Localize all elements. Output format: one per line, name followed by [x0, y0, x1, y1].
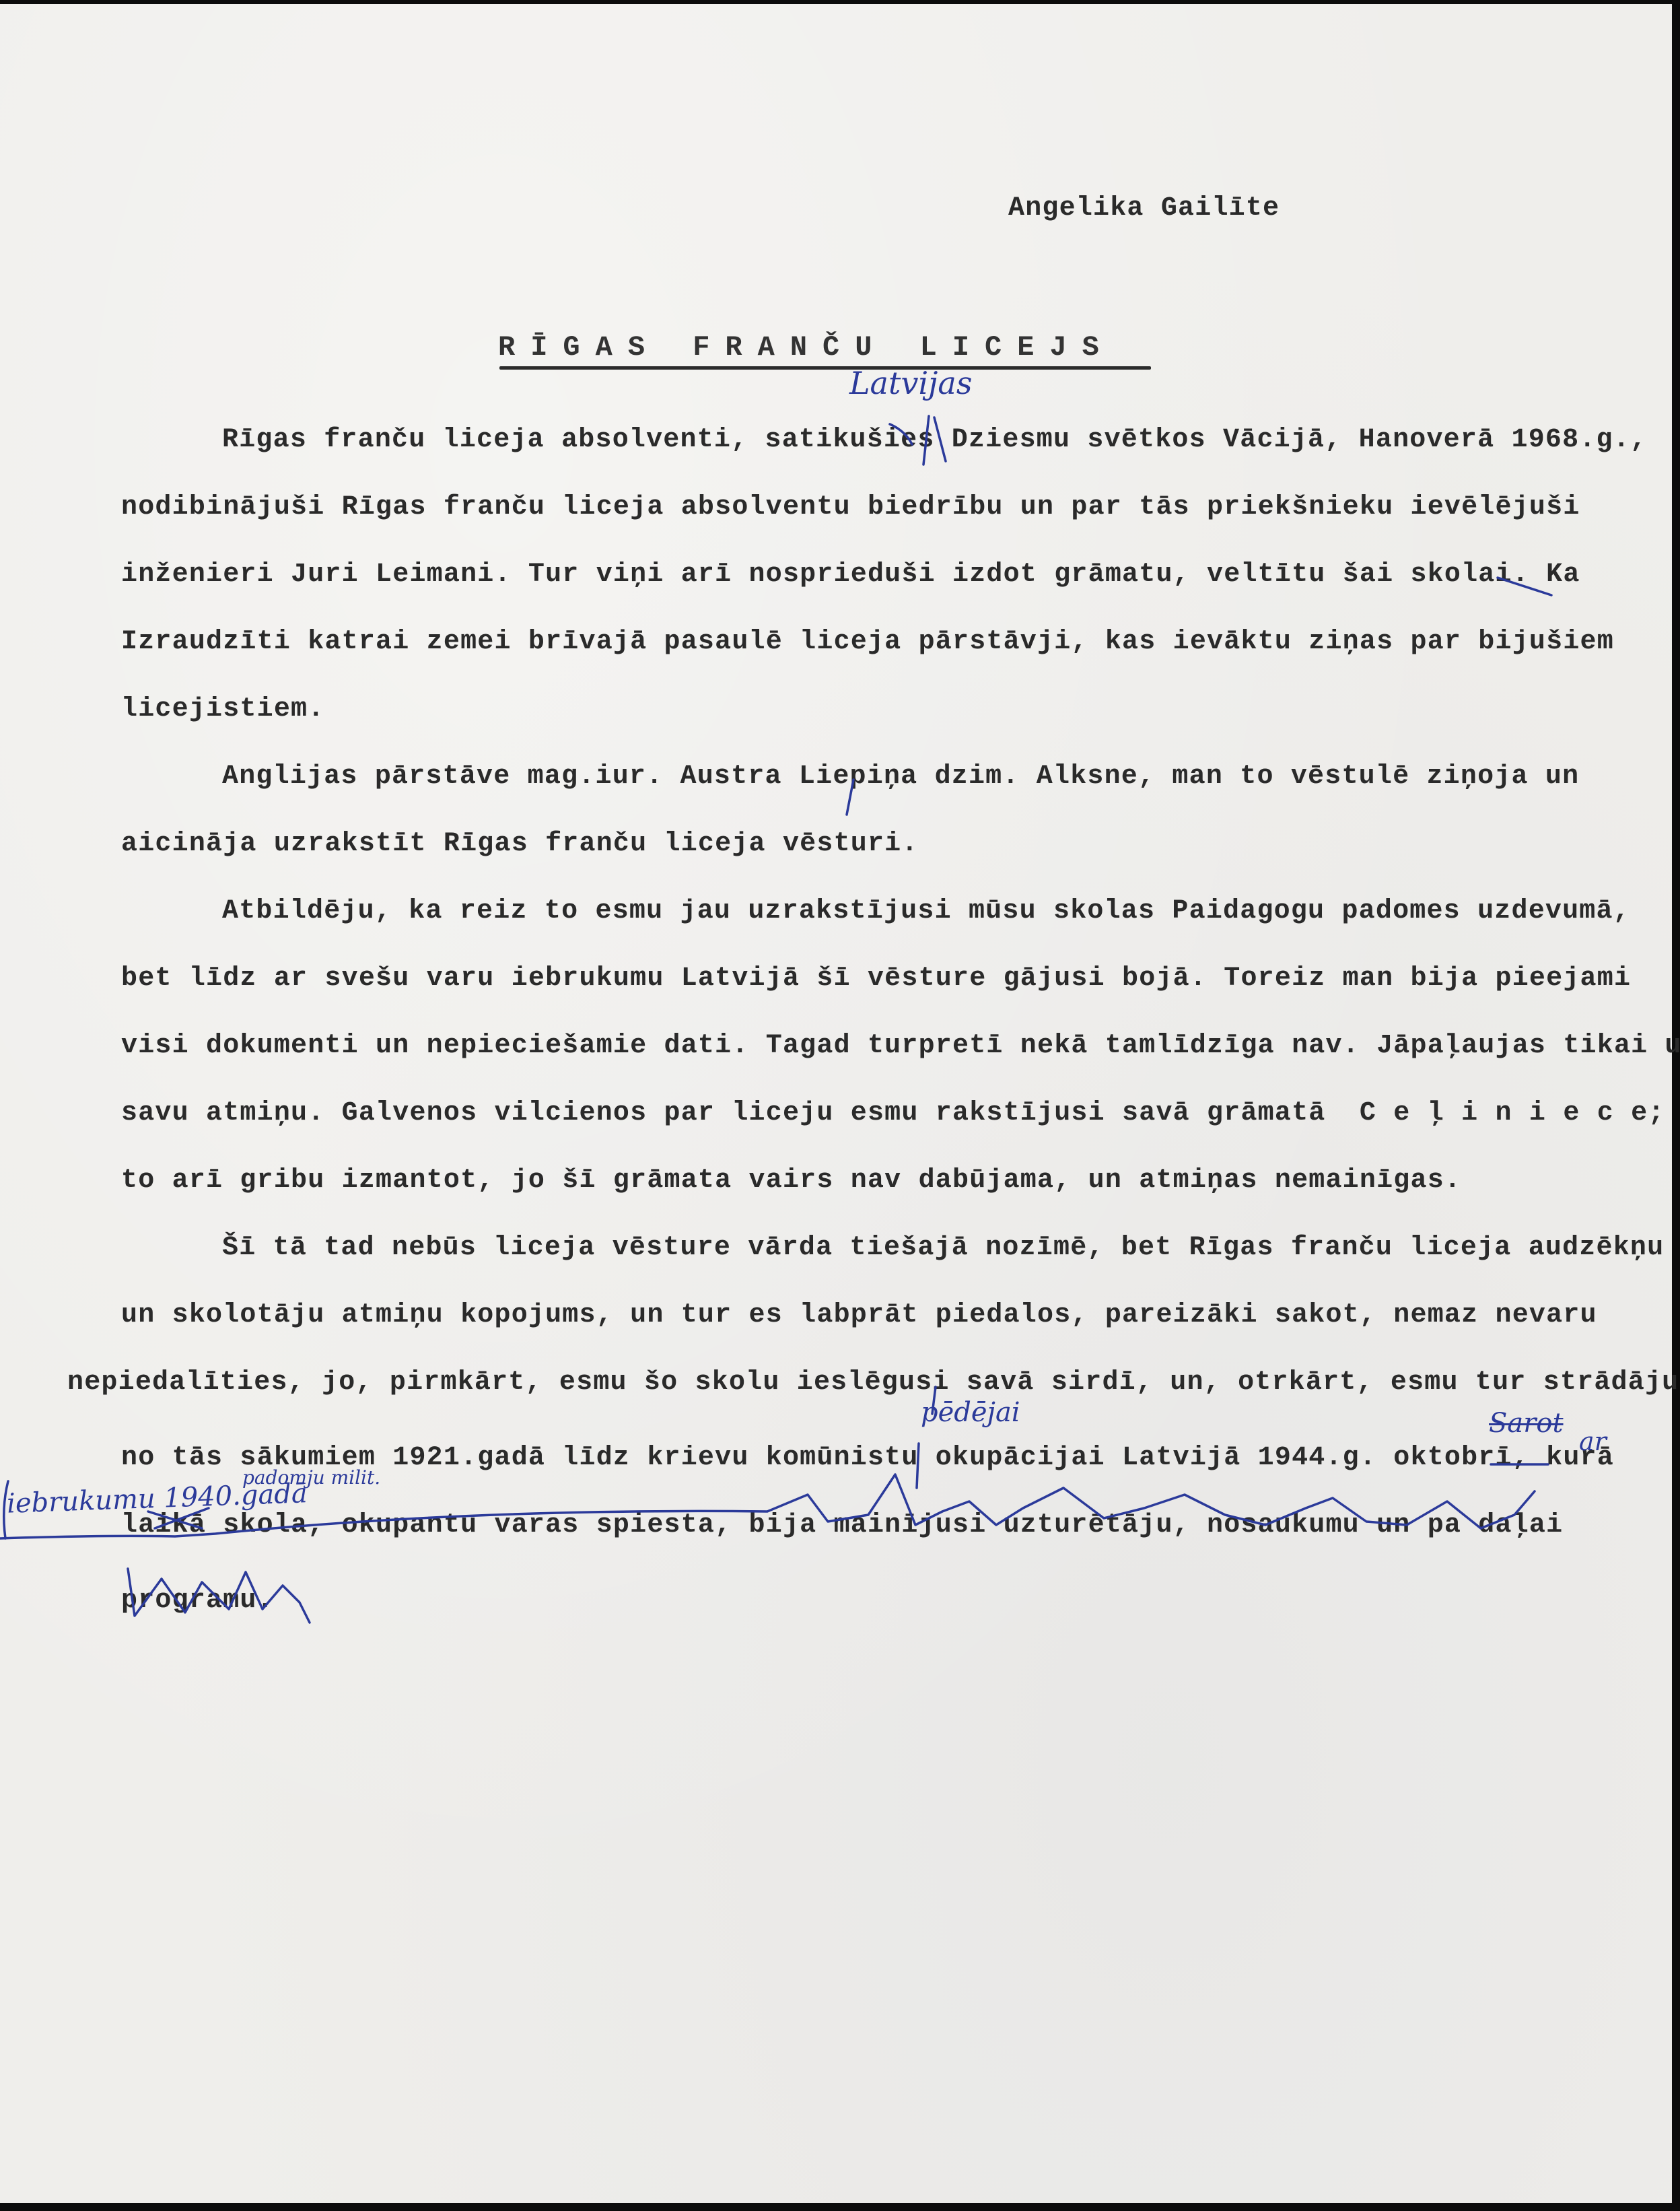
text-line: licejistiem.: [121, 696, 324, 723]
text-line: Atbildēju, ka reiz to esmu jau uzrakstīj…: [222, 898, 1630, 925]
handwritten-struck-word: Sarot: [1489, 1410, 1564, 1437]
handwritten-insert: ar: [1579, 1429, 1607, 1454]
handwritten-insert: pēdējai: [921, 1399, 1020, 1426]
document-title: RĪGAS FRANČU LICEJS: [498, 331, 1115, 364]
handwritten-insert: Latvijas: [849, 368, 972, 399]
text-line: inženieri Juri Leimani. Tur viņi arī nos…: [121, 562, 1580, 588]
text-line: Izraudzīti katrai zemei brīvajā pasaulē …: [121, 629, 1614, 656]
text-line: visi dokumenti un nepieciešamie dati. Ta…: [121, 1033, 1680, 1060]
text-line: to arī gribu izmantot, jo šī grāmata vai…: [121, 1167, 1461, 1194]
title-underline: [499, 366, 1151, 370]
document-page: Angelika Gailīte RĪGAS FRANČU LICEJS Rīg…: [0, 4, 1672, 2203]
text-line: nepiedalīties, jo, pirmkārt, esmu šo sko…: [67, 1369, 1680, 1396]
text-line: nodibinājuši Rīgas franču liceja absolve…: [121, 494, 1580, 521]
text-line: Anglijas pārstāve mag.iur. Austra Liepiņ…: [222, 763, 1579, 790]
author-name: Angelika Gailīte: [1008, 195, 1280, 222]
text-line: Šī tā tad nebūs liceja vēsture vārda tie…: [222, 1235, 1664, 1262]
text-line: bet līdz ar svešu varu iebrukumu Latvijā…: [121, 965, 1631, 992]
text-line: aicināja uzrakstīt Rīgas franču liceja v…: [121, 831, 919, 858]
text-line: savu atmiņu. Galvenos vilcienos par lice…: [121, 1100, 1665, 1127]
text-line-struck: laikā skola, okupantu varas spiesta, bij…: [121, 1512, 1563, 1539]
text-line-struck: programu.: [121, 1588, 274, 1614]
text-line: un skolotāju atmiņu kopojums, un tur es …: [121, 1302, 1597, 1329]
text-line: Rīgas franču liceja absolventi, satikuši…: [222, 427, 1647, 454]
